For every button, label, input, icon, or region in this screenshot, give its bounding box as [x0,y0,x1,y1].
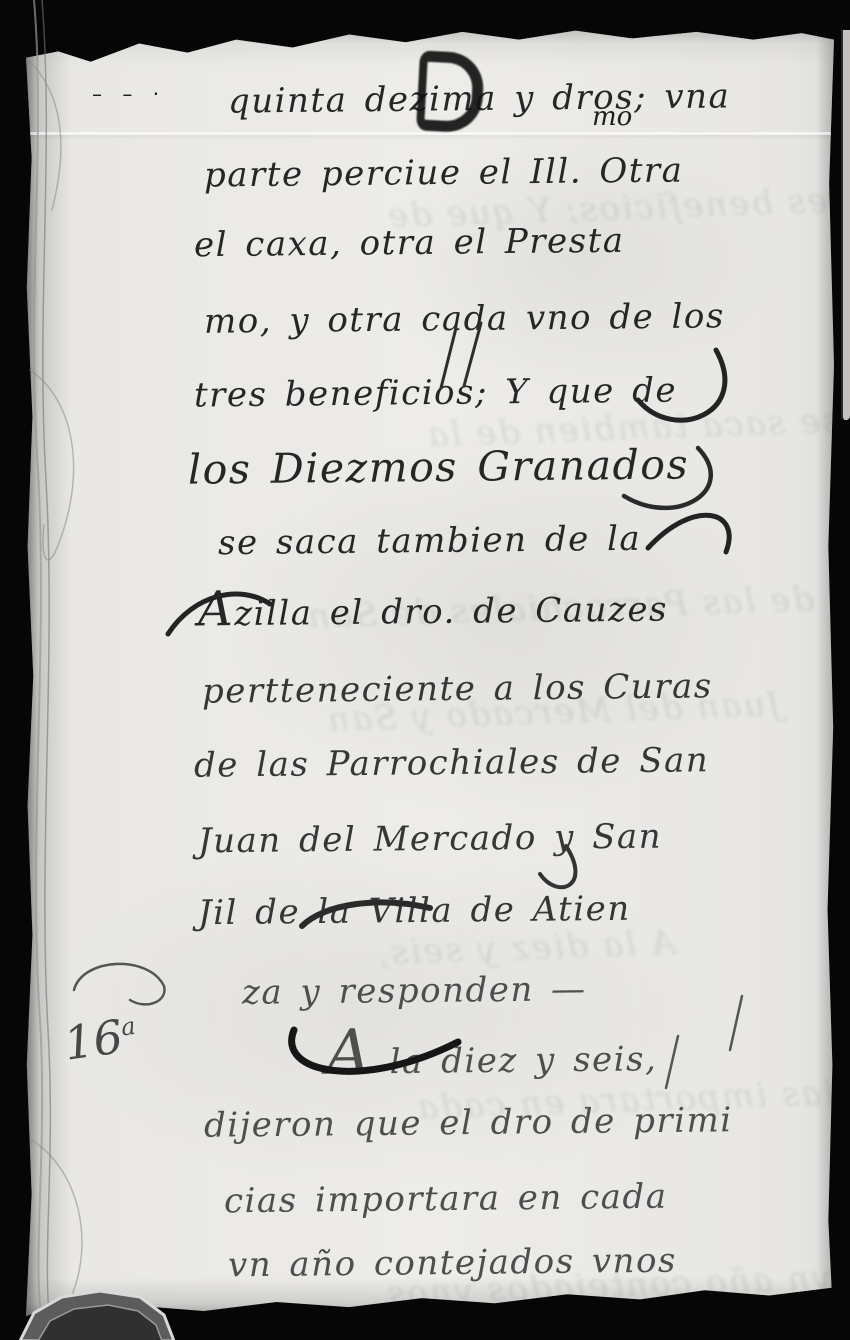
manuscript-paper: tres beneficios; Y que de se saca tambie… [26,28,834,1324]
page-holder-clip [16,1269,246,1340]
adjacent-page-edge [841,30,850,420]
book-gutter-edges [0,0,110,1340]
pen-flourishes [26,28,834,1324]
scanned-manuscript-page: tres beneficios; Y que de se saca tambie… [0,0,850,1340]
